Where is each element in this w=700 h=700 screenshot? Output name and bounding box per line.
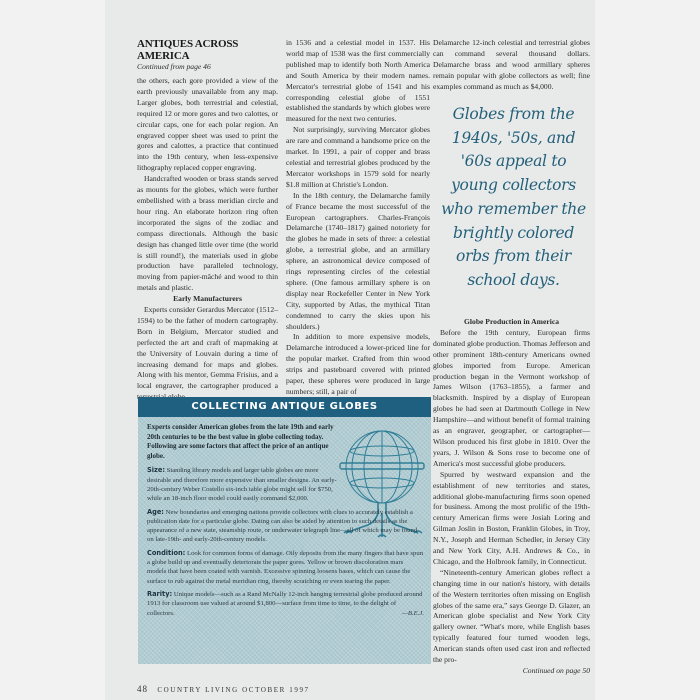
sidebar-body: Experts consider American globes from th… bbox=[147, 423, 424, 622]
paragraph: Not surprisingly, surviving Mercator glo… bbox=[286, 125, 430, 190]
item-label: Rarity: bbox=[147, 590, 172, 598]
paragraph: Before the 19th century, European firms … bbox=[433, 328, 590, 470]
byline: —B.E.J. bbox=[402, 609, 424, 618]
paragraph: “Nineteenth-century American globes refl… bbox=[433, 568, 590, 666]
paragraph: Experts consider Gerardus Mercator (1512… bbox=[137, 305, 278, 403]
pull-quote: Globes from the 1940s, '50s, and '60s ap… bbox=[436, 103, 591, 293]
publication-line: COUNTRY LIVING OCTOBER 1997 bbox=[157, 686, 309, 694]
item-label: Condition: bbox=[147, 549, 185, 557]
item-text: Look for common forms of damage. Oily de… bbox=[147, 550, 423, 585]
page-number: 48 bbox=[137, 684, 148, 694]
item-label: Age: bbox=[147, 508, 164, 516]
sidebar-item-rarity: Rarity: Unique models—such as a Rand McN… bbox=[147, 590, 424, 618]
subhead-early-manufacturers: Early Manufacturers bbox=[137, 294, 278, 305]
paragraph: in 1536 and a celestial model in 1537. H… bbox=[286, 38, 430, 125]
column-2: in 1536 and a celestial model in 1537. H… bbox=[286, 38, 430, 398]
sidebar-title: COLLECTING ANTIQUE GLOBES bbox=[138, 397, 431, 417]
sidebar-item-size: Size: Standing library models and larger… bbox=[147, 466, 337, 503]
sidebar-item-age: Age: New boundaries and emerging nations… bbox=[147, 508, 424, 545]
column-1: ANTIQUES ACROSS AMERICA Continued from p… bbox=[137, 38, 278, 403]
item-label: Size: bbox=[147, 466, 165, 474]
paragraph: Delamarche 12-inch celestial and terrest… bbox=[433, 38, 590, 93]
column-3-top: Delamarche 12-inch celestial and terrest… bbox=[433, 38, 590, 93]
paragraph: In addition to more expensive models, De… bbox=[286, 332, 430, 397]
sidebar-item-condition: Condition: Look for common forms of dama… bbox=[147, 549, 424, 586]
sidebar-intro: Experts consider American globes from th… bbox=[147, 423, 337, 461]
item-text: New boundaries and emerging nations prov… bbox=[147, 509, 417, 544]
paragraph: Spurred by westward expansion and the es… bbox=[433, 470, 590, 568]
item-text: Standing library models and larger table… bbox=[147, 467, 337, 502]
paragraph: In the 18th century, the Delamarche fami… bbox=[286, 191, 430, 333]
paragraph: Handcrafted wooden or brass stands serve… bbox=[137, 174, 278, 294]
column-3-bottom: Globe Production in America Before the 1… bbox=[433, 317, 590, 677]
paragraph: the others, each gore provided a view of… bbox=[137, 76, 278, 174]
continued-on: Continued on page 50 bbox=[433, 666, 590, 677]
continued-from: Continued from page 46 bbox=[137, 62, 278, 72]
section-title: ANTIQUES ACROSS AMERICA bbox=[137, 38, 278, 62]
sidebar-box: COLLECTING ANTIQUE GLOBES Experts consid… bbox=[138, 397, 431, 664]
page-footer: 48 COUNTRY LIVING OCTOBER 1997 bbox=[137, 684, 310, 694]
item-text: Unique models—such as a Rand McNally 12-… bbox=[147, 591, 422, 617]
subhead-globe-production: Globe Production in America bbox=[433, 317, 590, 328]
